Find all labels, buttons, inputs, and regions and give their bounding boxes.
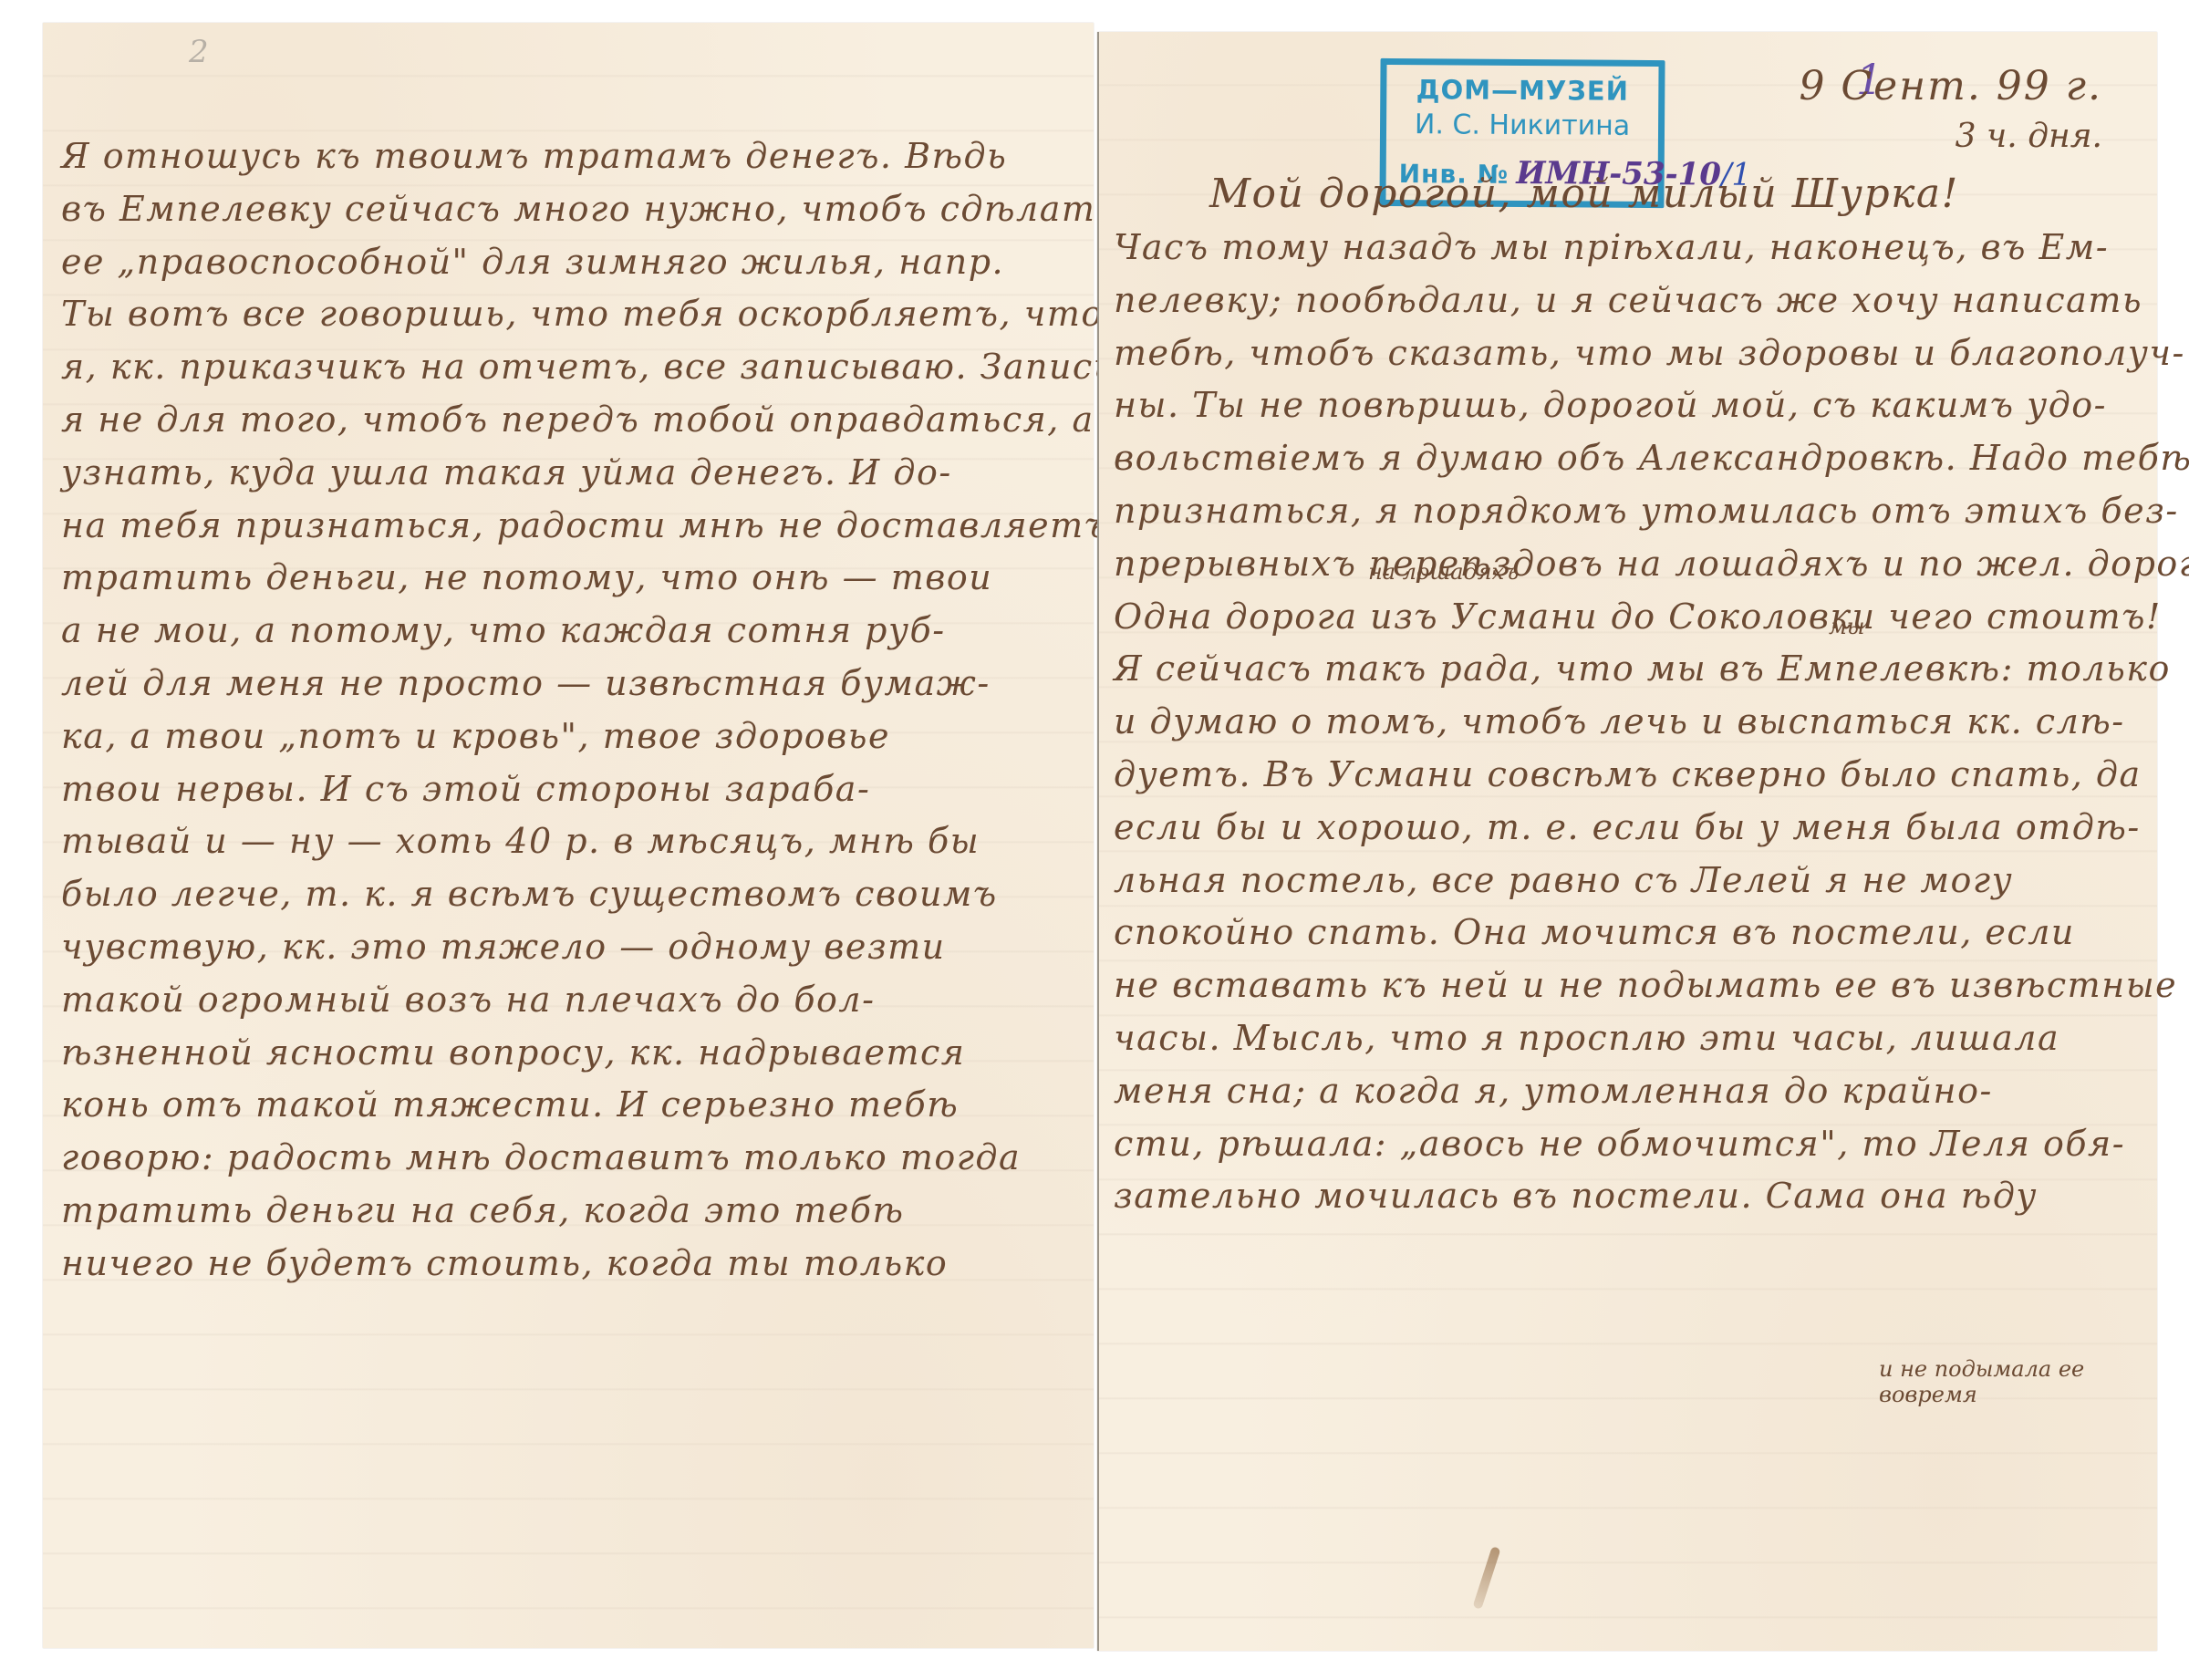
text-line: я не для того, чтобъ передъ тобой оправд… <box>61 394 1077 447</box>
text-line: вольствіемъ я думаю объ Александровкѣ. Н… <box>1114 432 2139 485</box>
stamp-title: ДОМ—МУЗЕЙ <box>1386 74 1658 107</box>
interlinear-insertion: мы <box>1829 614 1864 639</box>
text-line: а не мои, а потому, что каждая сотня руб… <box>61 605 1077 658</box>
stamp-museum-name: И. С. Никитина <box>1386 109 1658 142</box>
letter-date: 9 Сент. 99 г. 3 ч. дня. <box>1799 59 2102 160</box>
text-line: тратить деньги на себя, когда это тебѣ <box>61 1185 1077 1238</box>
text-line: Часъ тому назадъ мы пріѣхали, наконецъ, … <box>1114 222 2139 275</box>
text-line: твои нервы. И съ этой стороны зараба- <box>61 763 1077 816</box>
left-page-text: Я отношусь къ твоимъ тратамъ денегъ. Вѣд… <box>43 130 1094 1291</box>
text-line: такой огромный возъ на плечахъ до бол- <box>61 974 1077 1027</box>
text-line: ѣзненной ясности вопросу, кк. надрываетс… <box>61 1027 1077 1080</box>
text-line: говорю: радость мнѣ доставитъ только тог… <box>61 1132 1077 1185</box>
date-text: 9 Сент. 99 г. <box>1799 59 2102 114</box>
text-line: тратить деньги, не потому, что онѣ — тво… <box>61 552 1077 605</box>
text-line: лей для меня не просто — извѣстная бумаж… <box>61 658 1077 710</box>
text-line: ее „правоспособной" для зимняго жилья, н… <box>61 236 1077 289</box>
text-line: чувствую, кк. это тяжело — одному везти <box>61 921 1077 974</box>
text-line: узнать, куда ушла такая уйма денегъ. И д… <box>61 447 1077 500</box>
text-line: дуетъ. Въ Усмани совсѣмъ скверно было сп… <box>1114 749 2139 802</box>
text-line: ничего не будетъ стоить, когда ты только <box>61 1238 1077 1291</box>
text-line: и думаю о томъ, чтобъ лечь и выспаться к… <box>1114 696 2139 749</box>
text-line: зательно мочилась въ постели. Сама она ѣ… <box>1114 1170 2139 1223</box>
ink-stain <box>1472 1546 1500 1610</box>
interlinear-insertion: на лошадяхъ <box>1368 559 1519 585</box>
text-line: не вставать къ ней и не подымать ее въ и… <box>1114 959 2139 1012</box>
text-line: Я отношусь къ твоимъ тратамъ денегъ. Вѣд… <box>61 130 1077 183</box>
text-line: было легче, т. к. я всѣмъ существомъ сво… <box>61 868 1077 921</box>
text-line: въ Емпелевку сейчасъ много нужно, чтобъ … <box>61 183 1077 236</box>
time-text: 3 ч. дня. <box>1799 114 2102 160</box>
text-line: я, кк. приказчикъ на отчетъ, все записыв… <box>61 341 1077 394</box>
text-line: прерывныхъ переѣздовъ на лошадяхъ и по ж… <box>1114 538 2139 591</box>
text-line: ны. Ты не повѣришь, дорогой мой, съ каки… <box>1114 379 2139 432</box>
text-line: меня сна; а когда я, утомленная до крайн… <box>1114 1065 2139 1118</box>
letter-page-right: 1 ДОМ—МУЗЕЙ И. С. Никитина Инв. № ИМН-53… <box>1097 32 2157 1651</box>
letter-page-left: 2 Я отношусь къ твоимъ тратамъ денегъ. В… <box>43 23 1094 1648</box>
text-line: часы. Мысль, что я просплю эти часы, лиш… <box>1114 1012 2139 1065</box>
text-line: на тебя признаться, радости мнѣ не доста… <box>61 500 1077 553</box>
text-line: Я сейчасъ такъ рада, что мы въ Емпелевкѣ… <box>1114 643 2139 696</box>
text-line: ка, а твои „потъ и кровь", твое здоровье <box>61 710 1077 763</box>
pencil-page-mark: 2 <box>189 34 209 70</box>
text-line: тебѣ, чтобъ сказать, что мы здоровы и бл… <box>1114 327 2139 380</box>
text-line: льная постель, все равно съ Лелей я не м… <box>1114 855 2139 907</box>
text-line: спокойно спать. Она мочится въ постели, … <box>1114 907 2139 959</box>
text-line: тывай и — ну — хоть 40 р. в мѣсяцъ, мнѣ … <box>61 815 1077 868</box>
salutation: Мой дорогой, мой милый Шурка! <box>1114 167 2139 222</box>
text-line: сти, рѣшала: „авось не обмочится", то Ле… <box>1114 1118 2139 1171</box>
text-line: Одна дорога изъ Усмани до Соколовки чего… <box>1114 591 2139 644</box>
right-page-text: Мой дорогой, мой милый Шурка! Часъ тому … <box>1099 167 2157 1223</box>
text-line: конь отъ такой тяжести. И серьезно тебѣ <box>61 1079 1077 1132</box>
text-line: если бы и хорошо, т. е. если бы у меня б… <box>1114 802 2139 855</box>
text-line: Ты вотъ все говоришь, что тебя оскорбляе… <box>61 288 1077 341</box>
interlinear-insertion: и не подымала ее вовремя <box>1879 1356 2157 1407</box>
text-line: пелевку; пообѣдали, и я сейчасъ же хочу … <box>1114 275 2139 327</box>
text-line: признаться, я порядкомъ утомилась отъ эт… <box>1114 485 2139 538</box>
